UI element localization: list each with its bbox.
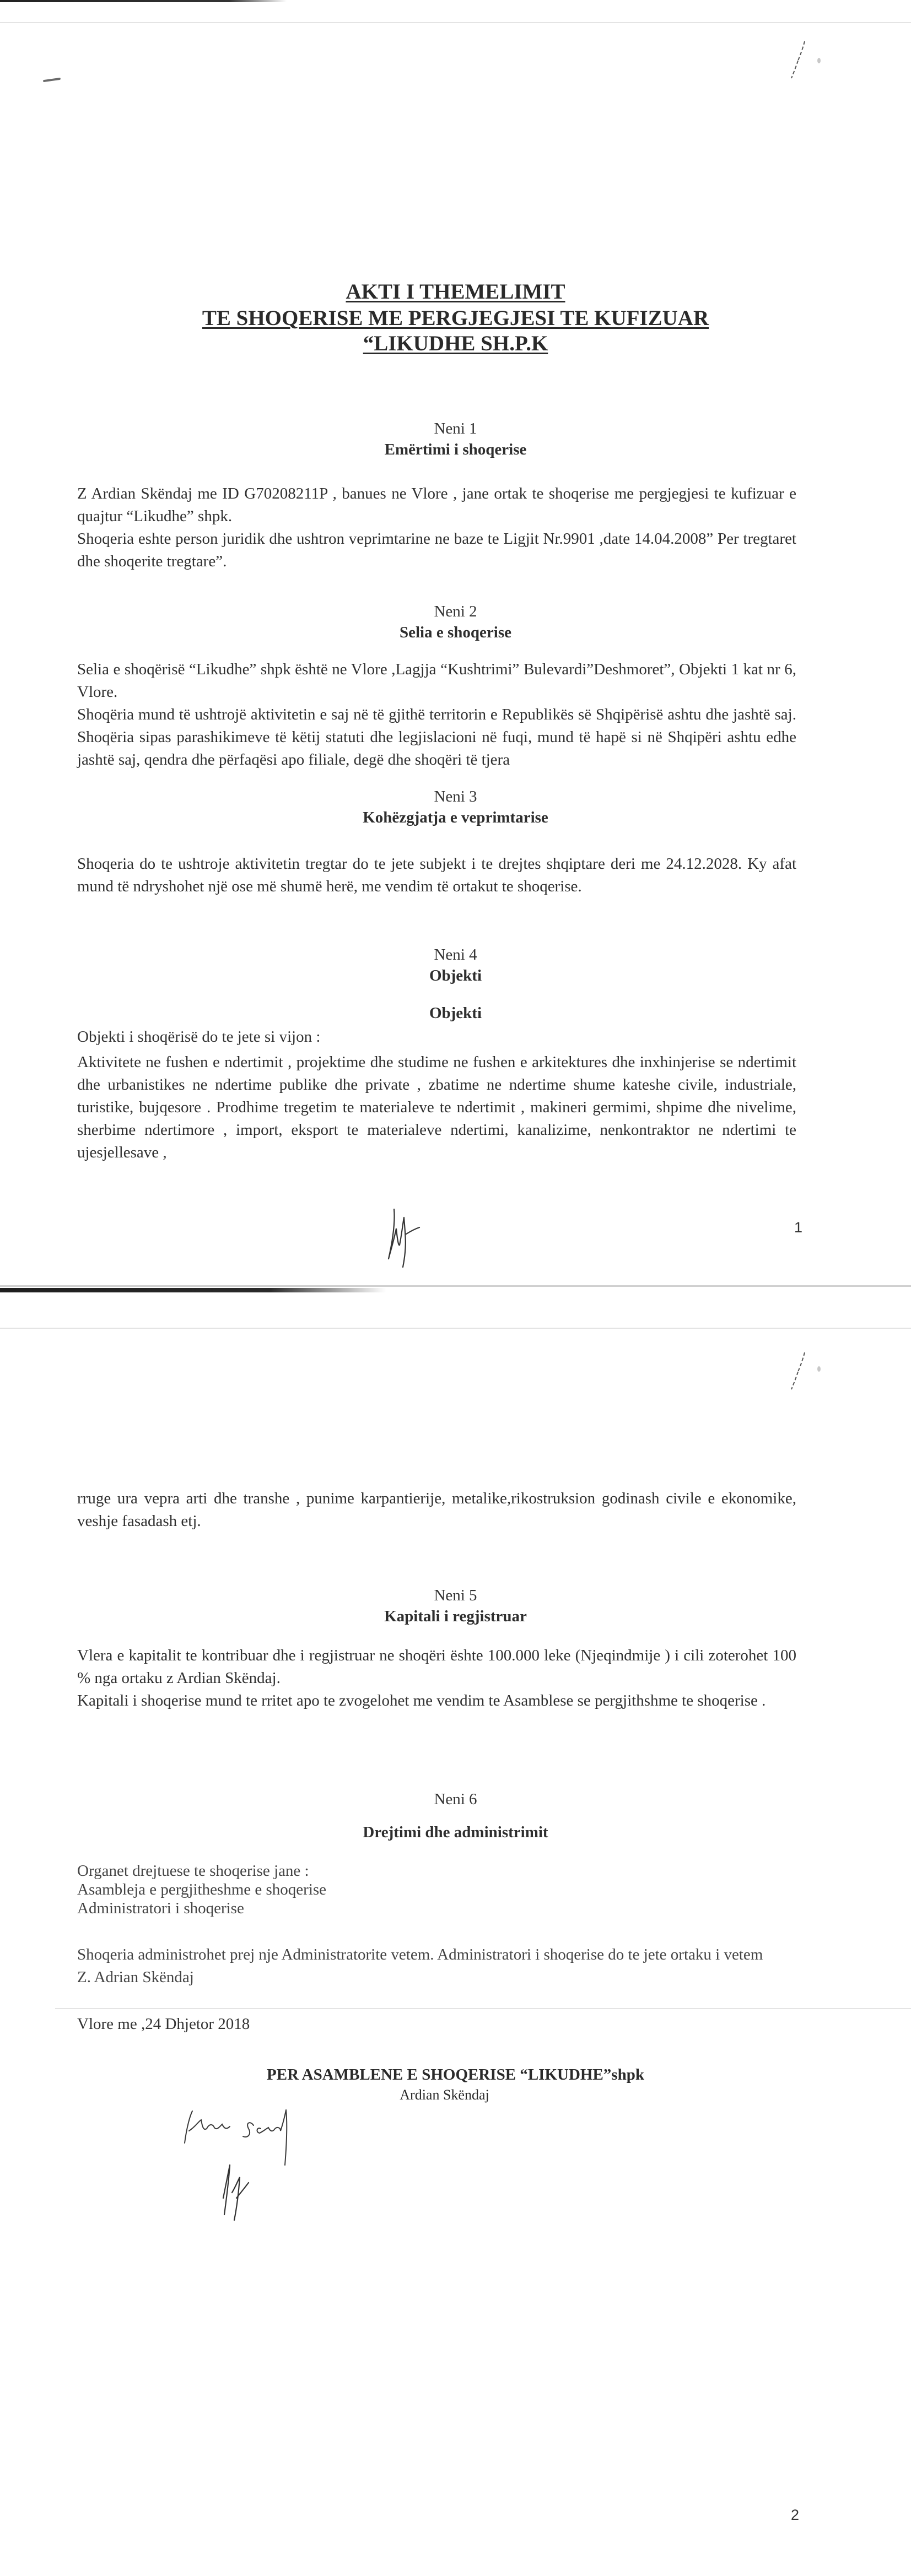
pen-scribble-mark: [788, 1350, 810, 1394]
article-4-continuation: rruge ura vepra arti dhe transhe , punim…: [77, 1487, 796, 1533]
article-4-heading: Objekti: [0, 967, 911, 985]
article-4-intro: Objekti i shoqërisë do te jete si vijon …: [77, 1028, 320, 1046]
article-6-line-2: Asambleja e pergjitheshme e shoqerise: [77, 1881, 326, 1899]
document-title-line-3: “LIKUDHE SH.P.K: [0, 332, 911, 356]
article-6-heading: Drejtimi dhe administrimit: [0, 1823, 911, 1842]
fold-line: [0, 22, 911, 23]
document-title-line-1: AKTI I THEMELIMIT: [0, 280, 911, 304]
signer-name: Ardian Skëndaj: [0, 2087, 900, 2103]
article-1-paragraph-2: Shoqeria eshte person juridik dhe ushtro…: [77, 528, 796, 573]
article-3-heading: Kohëzgjatja e veprimtarise: [0, 809, 911, 827]
article-2-paragraph-2: Shoqëria mund të ushtrojë aktivitetin e …: [77, 703, 796, 771]
article-2-paragraph-1: Selia e shoqërisë “Likudhe” shpk është n…: [77, 658, 796, 703]
handwritten-signature: [163, 2104, 411, 2237]
article-6-line-3: Administratori i shoqerise: [77, 1899, 244, 1918]
article-6-number: Neni 6: [0, 1790, 911, 1809]
article-5-paragraph-1: Vlera e kapitalit te kontribuar dhe i re…: [77, 1644, 796, 1690]
article-3-number: Neni 3: [0, 788, 911, 806]
article-5-heading: Kapitali i regjistruar: [0, 1608, 911, 1626]
article-2-heading: Selia e shoqerise: [0, 624, 911, 642]
article-1-number: Neni 1: [0, 420, 911, 438]
article-2-number: Neni 2: [0, 603, 911, 621]
signature-for-label: PER ASAMBLENE E SHOQERISE “LIKUDHE”shpk: [0, 2066, 911, 2084]
article-4-subheading: Objekti: [0, 1004, 911, 1022]
page-1: AKTI I THEMELIMIT TE SHOQERISE ME PERGJE…: [0, 0, 911, 1286]
article-1-heading: Emërtimi i shoqerise: [0, 441, 911, 459]
article-6-paragraph-1: Shoqeria administrohet prej nje Administ…: [77, 1944, 777, 1989]
article-4-paragraph-1: Aktivitete ne fushen e ndertimit , proje…: [77, 1051, 796, 1164]
document-title-line-2: TE SHOQERISE ME PERGJEGJESI TE KUFIZUAR: [0, 306, 911, 331]
page-separator: [0, 1285, 911, 1287]
speck: [817, 58, 821, 63]
page-number-1: 1: [794, 1219, 802, 1236]
article-4-number: Neni 4: [0, 946, 911, 964]
pen-mark: [43, 78, 61, 82]
scan-edge: [0, 1288, 386, 1292]
speck: [817, 1366, 821, 1372]
initials-signature: [383, 1201, 427, 1278]
page-2: rruge ura vepra arti dhe transhe , punim…: [0, 1289, 911, 2576]
fold-line: [55, 2008, 911, 2009]
article-5-paragraph-2: Kapitali i shoqerise mund te rritet apo …: [77, 1690, 796, 1712]
page-number-2: 2: [791, 2507, 799, 2524]
article-6-line-1: Organet drejtuese te shoqerise jane :: [77, 1862, 309, 1880]
fold-line: [0, 1328, 911, 1329]
scan-edge: [0, 0, 287, 2]
article-1-paragraph-1: Z Ardian Skëndaj me ID G70208211P , banu…: [77, 483, 796, 528]
article-3-paragraph-1: Shoqeria do te ushtroje aktivitetin treg…: [77, 853, 796, 898]
place-date: Vlore me ,24 Dhjetor 2018: [77, 2015, 250, 2033]
article-5-number: Neni 5: [0, 1587, 911, 1605]
pen-scribble-mark: [788, 39, 810, 83]
